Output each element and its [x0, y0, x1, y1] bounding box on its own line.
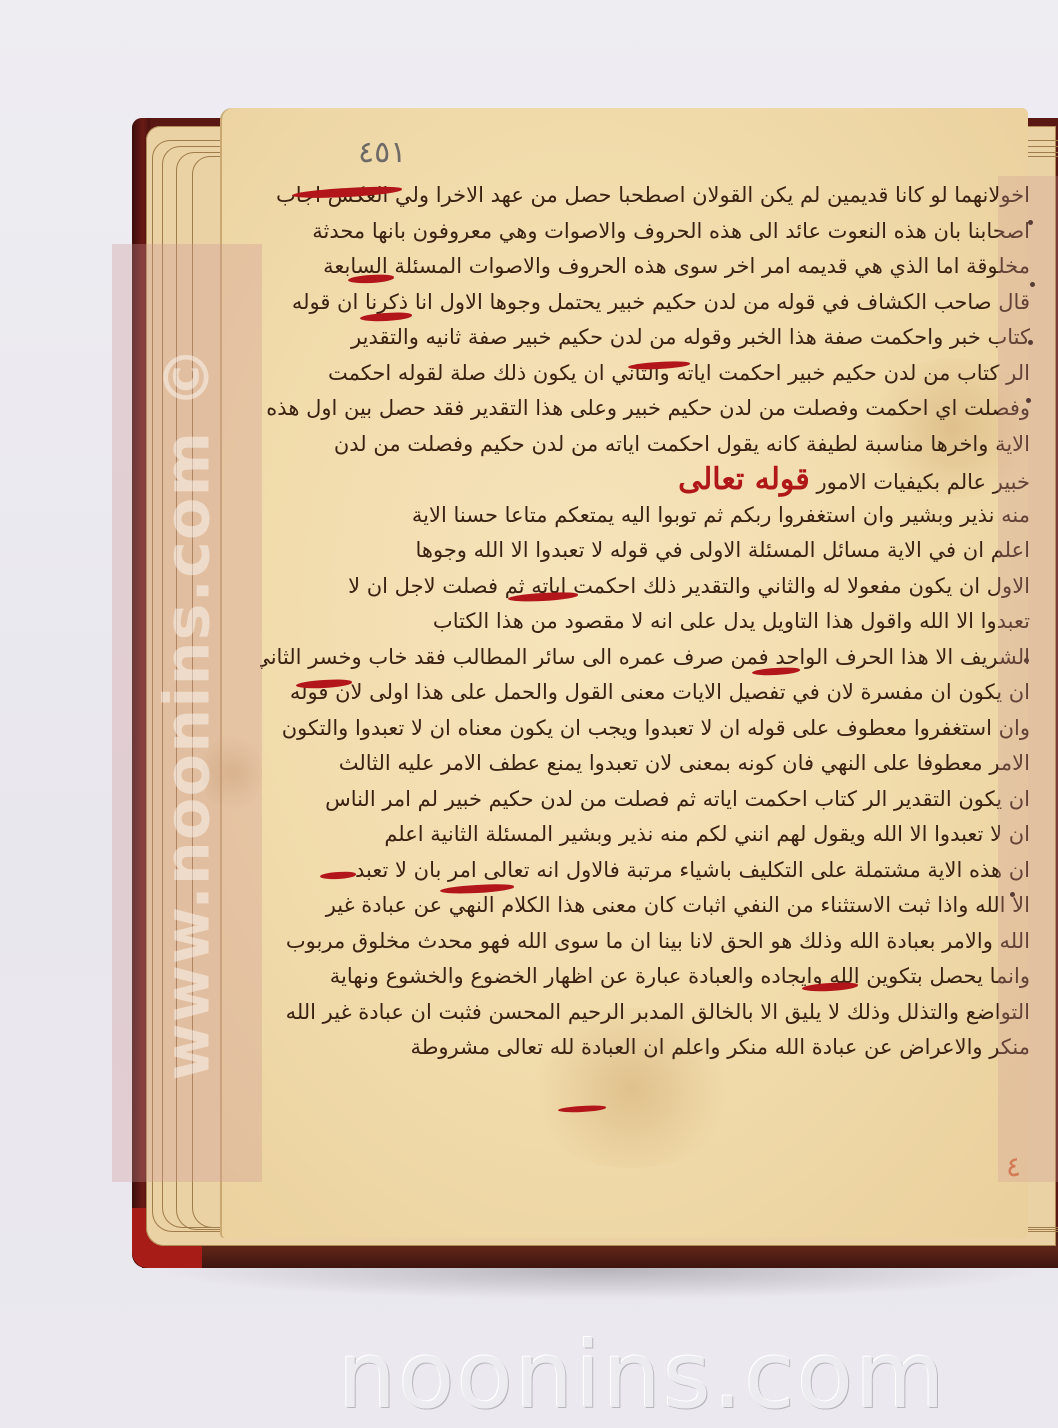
text-line: منكر والاعراض عن عبادة الله منكر واعلم ا… [260, 1030, 1030, 1066]
text-line: ان لا تعبدوا الا الله ويقول لهم انني لكم… [260, 817, 1030, 853]
watermark-vertical-text: www.noonins.com © [151, 345, 224, 1080]
text-line: اصحابنا بان هذه النعوت عائد الى هذه الحر… [260, 214, 1030, 250]
text-line: الاية واخرها مناسبة لطيفة كانه يقول احكم… [260, 427, 1030, 463]
text-line-with-heading: خبير عالم بكيفيات الامور قوله تعالى [260, 462, 1030, 498]
text-line: كتاب خبر واحكمت صفة هذا الخبر وقوله من ل… [260, 320, 1030, 356]
watermark-right-band [998, 176, 1058, 1182]
text-line: ان يكون ان مفسرة لان في تفصيل الايات معن… [260, 675, 1030, 711]
text-line: ان يكون التقدير الر كتاب احكمت اياته ثم … [260, 782, 1030, 818]
watermark-bottom-text: noonins.com [338, 1322, 947, 1428]
text-line: الر كتاب من لدن حكيم خبير احكمت اياته وا… [260, 356, 1030, 392]
watermark-vertical-band: www.noonins.com © [112, 244, 262, 1182]
text-line: وان استغفروا معطوف على قوله ان لا تعبدوا… [260, 711, 1030, 747]
text-line: الشريف الا هذا الحرف الواحد فمن صرف عمره… [260, 640, 1030, 676]
text-line: ان هذه الاية مشتملة على التكليف باشياء م… [260, 853, 1030, 889]
text-line: الله والامر بعبادة الله وذلك هو الحق لان… [260, 924, 1030, 960]
text-line: الا الله واذا ثبت الاستثناء من النفي اثب… [260, 888, 1030, 924]
text-line: الاول ان يكون مفعولا له والثاني والتقدير… [260, 569, 1030, 605]
text-line: وانما يحصل بتكوين الله وايجاده والعبادة … [260, 959, 1030, 995]
text-line: وفصلت اي احكمت وفصلت من لدن حكيم خبير وع… [260, 391, 1030, 427]
text-line: التواضع والتذلل وذلك لا يليق الا بالخالق… [260, 995, 1030, 1031]
manuscript-text: اخولانهما لو كانا قديمين لم يكن القولان … [260, 178, 1030, 1066]
text-line: الامر معطوفا على النهي فان كونه بمعنى لا… [260, 746, 1030, 782]
rubric-heading: قوله تعالى [678, 462, 810, 497]
text-line: اعلم ان في الاية مسائل المسئلة الاولى في… [260, 533, 1030, 569]
text-line: اخولانهما لو كانا قديمين لم يكن القولان … [260, 178, 1030, 214]
folio-number: ٤٥١ [358, 135, 406, 170]
text-line: منه نذير وبشير وان استغفروا ربكم ثم توبو… [260, 498, 1030, 534]
text-line: تعبدوا الا الله واقول هذا التاويل يدل عل… [260, 604, 1030, 640]
